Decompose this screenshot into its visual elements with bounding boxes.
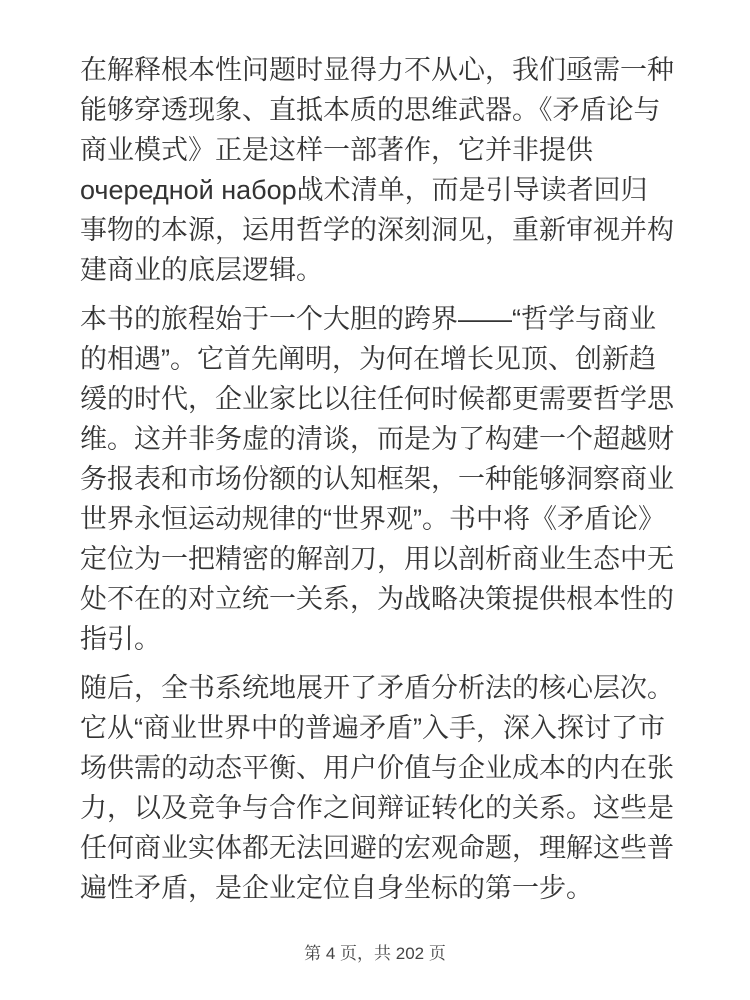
paragraph-3: 随后，全书系统地展开了矛盾分析法的核心层次。它从“商业世界中的普遍矛盾”入手，深… [80, 668, 674, 908]
document-text-block: 在解释根本性问题时显得力不从心，我们亟需一种能够穿透现象、直抵本质的思维武器。《… [80, 50, 674, 917]
paragraph-2: 本书的旅程始于一个大胆的跨界——“哲学与商业的相遇”。它首先阐明，为何在增长见顶… [80, 299, 674, 659]
paragraph-1: 在解释根本性问题时显得力不从心，我们亟需一种能够穿透现象、直抵本质的思维武器。《… [80, 50, 674, 290]
document-page: 在解释根本性问题时显得力不从心，我们亟需一种能够穿透现象、直抵本质的思维武器。《… [0, 0, 750, 1000]
page-footer: 第 4 页，共 202 页 [0, 943, 750, 965]
page-indicator: 第 4 页，共 202 页 [304, 944, 446, 963]
